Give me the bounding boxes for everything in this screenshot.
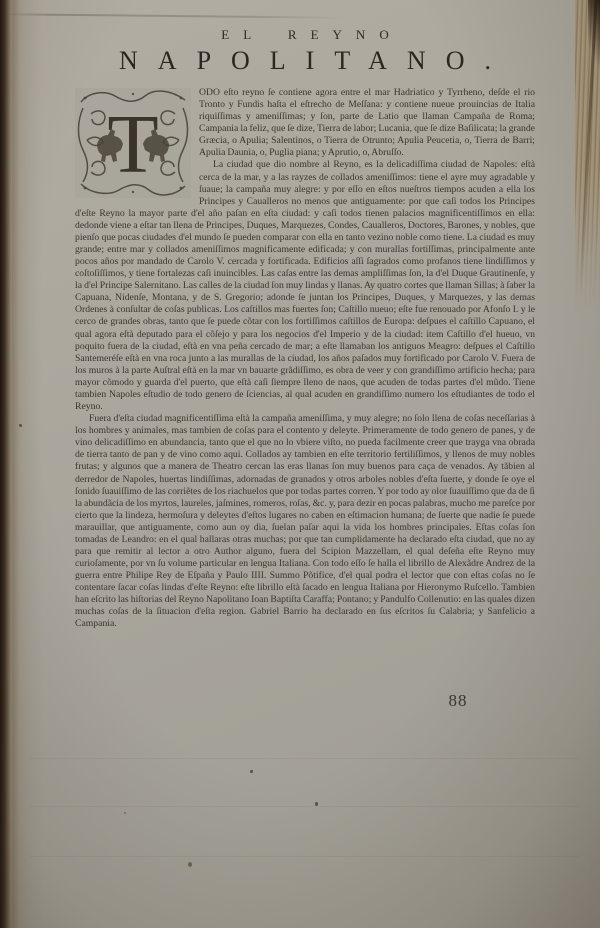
text-block: EL REYNO NAPOLITANO. (75, 27, 535, 631)
binding-edge (0, 0, 20, 928)
chain-line (30, 758, 580, 759)
paper-speck (250, 770, 253, 773)
page-title-line1: EL REYNO (75, 27, 535, 43)
corner-shadow (588, 0, 600, 70)
chain-line (30, 856, 580, 857)
body-text: T ODO eſto reyno ſe contiene agora entre… (75, 87, 535, 631)
paper-speck (188, 862, 192, 867)
paper-speck (19, 424, 22, 427)
drop-cap-woodcut: T (75, 88, 191, 198)
paper-speck (124, 812, 126, 814)
book-photo: EL REYNO NAPOLITANO. (0, 0, 600, 928)
page-title-line2: NAPOLITANO. (75, 46, 535, 76)
chain-line (30, 806, 580, 807)
paragraph-3: Fuera d'eſta ciudad magnificentiſſima eſ… (75, 413, 535, 630)
paper-speck (315, 802, 318, 806)
page-number: 88 (430, 691, 486, 711)
drop-cap-letter: T (75, 92, 191, 198)
